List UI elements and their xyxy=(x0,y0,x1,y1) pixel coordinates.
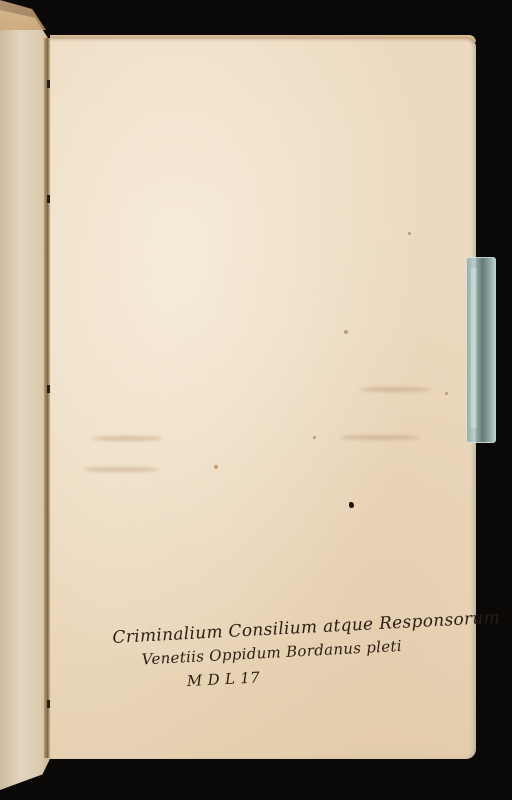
cover-fold xyxy=(0,0,46,30)
foxing-spot xyxy=(313,436,316,439)
stain xyxy=(340,435,420,440)
foxing-spot xyxy=(344,330,348,334)
stain xyxy=(92,436,162,441)
stain xyxy=(84,467,159,472)
ink-blot xyxy=(349,502,354,508)
left-pastedown xyxy=(0,10,50,790)
foxing-spot xyxy=(408,232,411,235)
book-photograph: Criminalium Consilium atque Responsorum … xyxy=(0,0,512,800)
foxing-spot xyxy=(445,392,448,395)
foxing-spot xyxy=(214,465,218,469)
stain xyxy=(360,387,430,392)
glass-page-weight xyxy=(466,257,496,443)
